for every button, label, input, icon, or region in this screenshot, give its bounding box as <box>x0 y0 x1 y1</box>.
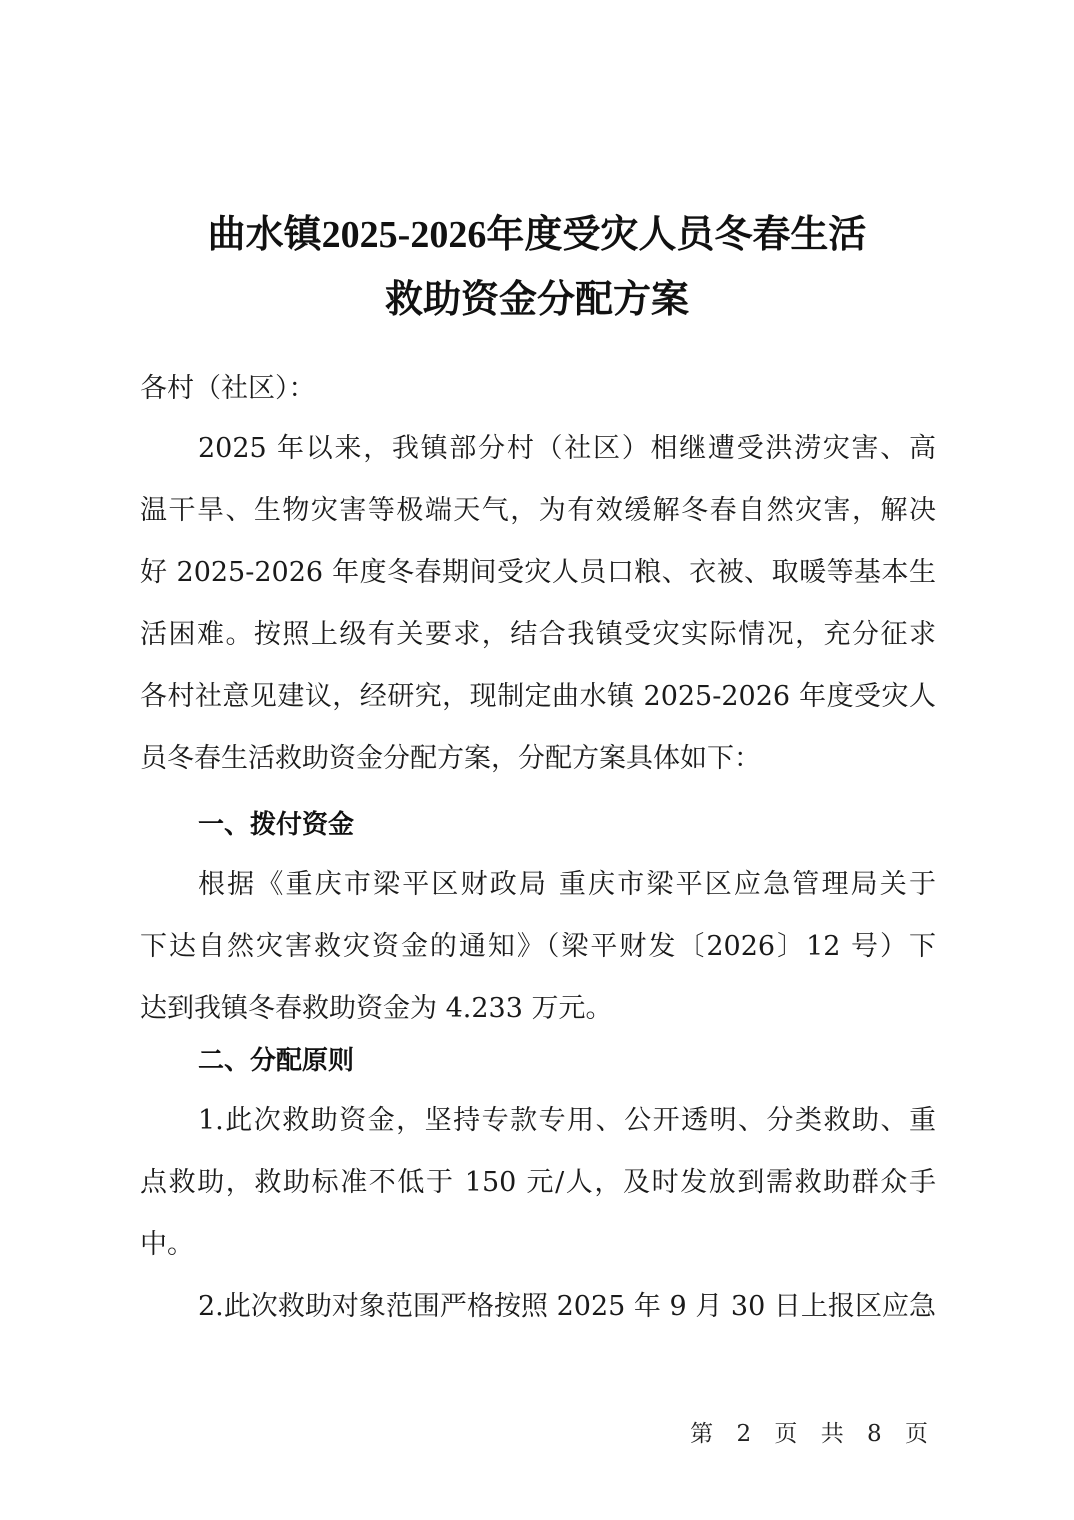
document-title-line-1: 曲水镇2025-2026年度受灾人员冬春生活 <box>0 203 1074 258</box>
section-heading-principles: 二、分配原则 <box>198 1044 354 1078</box>
intro-line: 好 2025-2026 年度冬春期间受灾人员口粮、衣被、取暖等基本生 <box>140 556 936 590</box>
section2-item1-line: 点救助，救助标准不低于 150 元/人，及时发放到需救助群众手 <box>140 1166 936 1200</box>
document-title-line-2: 救助资金分配方案 <box>0 268 1074 323</box>
section2-item2-line: 2.此次救助对象范围严格按照 2025 年 9 月 30 日上报区应急 <box>198 1290 936 1324</box>
intro-line: 温干旱、生物灾害等极端天气，为有效缓解冬春自然灾害，解决 <box>140 494 936 528</box>
section-heading-funding: 一、拨付资金 <box>198 808 354 842</box>
intro-line: 员冬春生活救助资金分配方案，分配方案具体如下： <box>140 742 936 776</box>
document-page: 曲水镇2025-2026年度受灾人员冬春生活 救助资金分配方案 各村（社区）： … <box>0 0 1074 1520</box>
intro-line: 2025 年以来，我镇部分村（社区）相继遭受洪涝灾害、高 <box>198 432 936 466</box>
section1-line: 根据《重庆市梁平区财政局 重庆市梁平区应急管理局关于 <box>198 868 936 902</box>
section2-item1-line: 1.此次救助资金，坚持专款专用、公开透明、分类救助、重 <box>198 1104 936 1138</box>
section2-item1-line: 中。 <box>140 1228 936 1262</box>
salutation: 各村（社区）： <box>140 372 936 406</box>
page-number-indicator: 第 2 页 共 8 页 <box>690 1415 936 1448</box>
intro-line: 各村社意见建议，经研究，现制定曲水镇 2025-2026 年度受灾人 <box>140 680 936 714</box>
section1-line: 下达自然灾害救灾资金的通知》（梁平财发〔2026〕12 号）下 <box>140 930 936 964</box>
intro-line: 活困难。按照上级有关要求，结合我镇受灾实际情况，充分征求 <box>140 618 936 652</box>
section1-line: 达到我镇冬春救助资金为 4.233 万元。 <box>140 992 936 1026</box>
